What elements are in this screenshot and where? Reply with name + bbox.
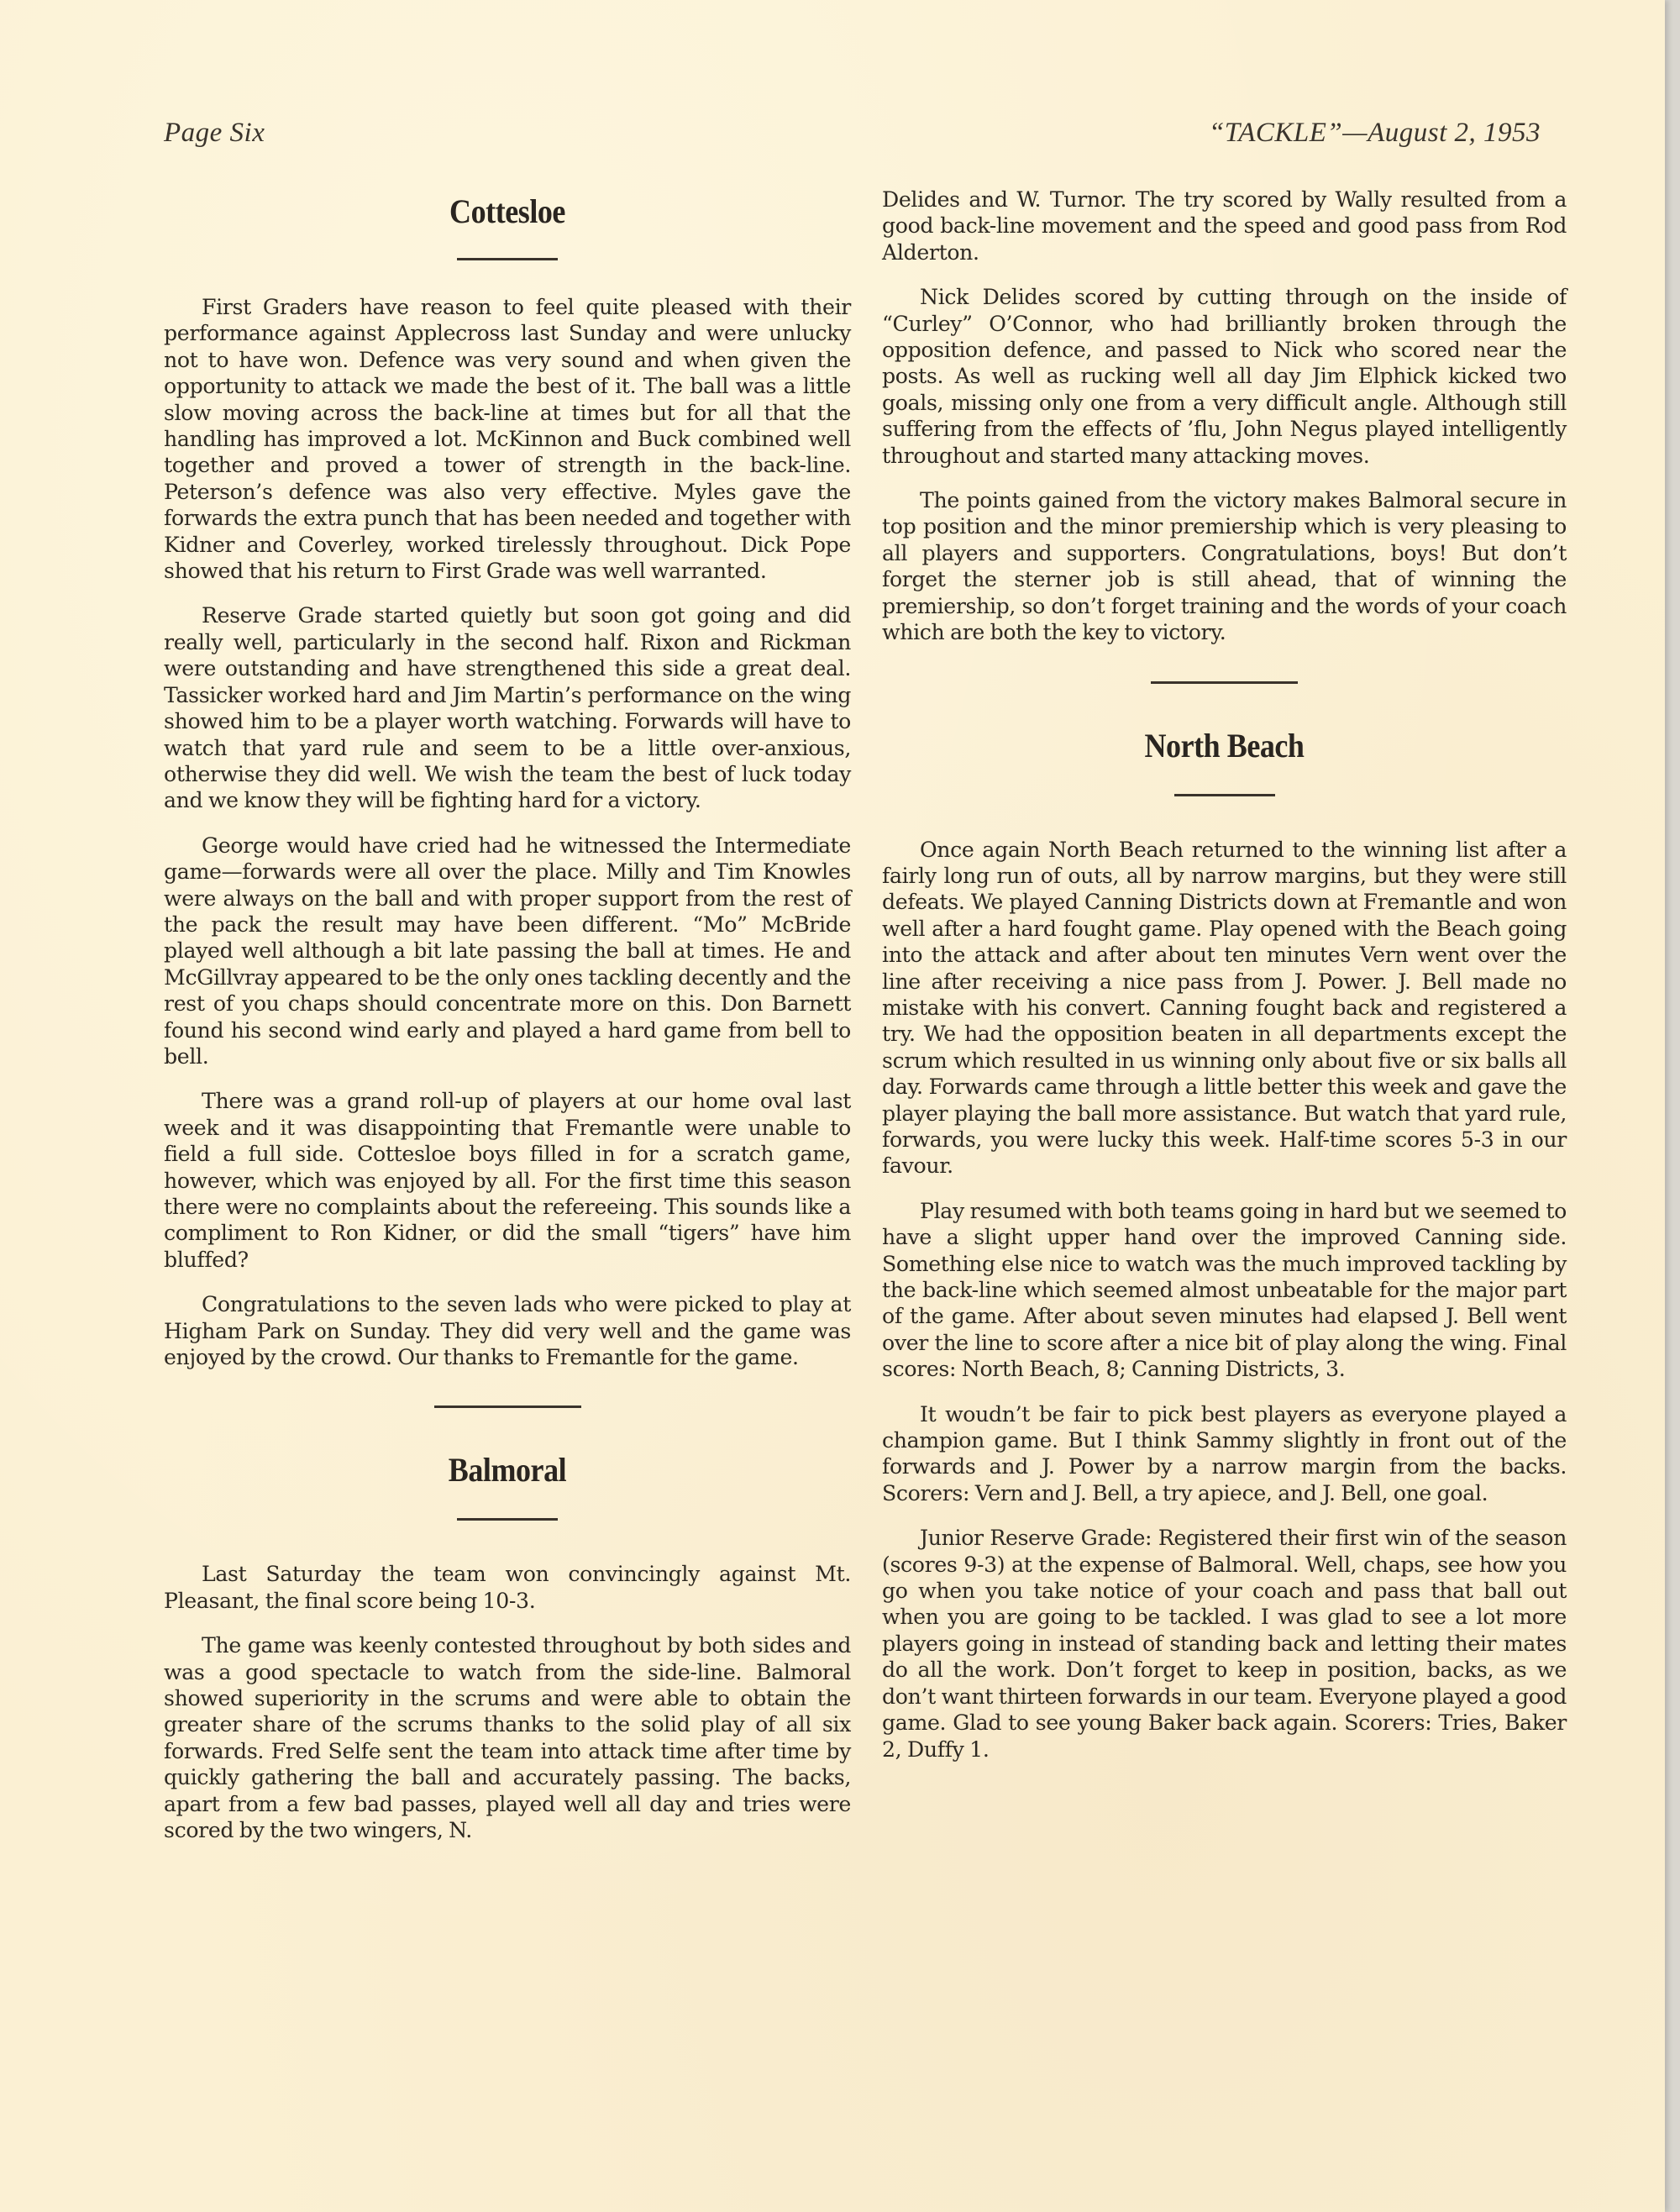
right-column: Delides and W. Turnor. The try scored by…: [882, 187, 1567, 1763]
article-paragraph: Once again North Beach returned to the w…: [882, 837, 1567, 1180]
section-title-balmoral: Balmoral: [198, 1450, 816, 1490]
article-paragraph: The points gained from the victory makes…: [882, 487, 1567, 645]
article-paragraph: Congratulations to the seven lads who we…: [164, 1291, 851, 1370]
article-paragraph: The game was keenly contested throughout…: [164, 1632, 851, 1843]
article-paragraph: There was a grand roll-up of players at …: [164, 1088, 851, 1273]
article-paragraph: Play resumed with both teams going in ha…: [882, 1198, 1567, 1383]
article-paragraph: George would have cried had he witnessed…: [164, 833, 851, 1070]
section-title-north-beach: North Beach: [916, 726, 1533, 765]
article-paragraph: Nick Delides scored by cutting through o…: [882, 284, 1567, 469]
article-paragraph: Last Saturday the team won convincingly …: [164, 1561, 851, 1614]
article-paragraph: First Graders have reason to feel quite …: [164, 294, 851, 584]
newsletter-page: Page Six “TACKLE”—August 2, 1953 Cottesl…: [0, 0, 1665, 2212]
article-paragraph: It woudn’t be fair to pick best players …: [882, 1401, 1567, 1507]
article-paragraph: Reserve Grade started quietly but soon g…: [164, 602, 851, 813]
publication-date-label: “TACKLE”—August 2, 1953: [1209, 118, 1541, 149]
left-column: Cottesloe First Graders have reason to f…: [164, 187, 851, 1844]
page-number-label: Page Six: [164, 118, 265, 149]
section-title-cottesloe: Cottesloe: [198, 192, 816, 231]
article-paragraph: Delides and W. Turnor. The try scored by…: [882, 187, 1567, 265]
article-paragraph: Junior Reserve Grade: Registered their f…: [882, 1525, 1567, 1763]
